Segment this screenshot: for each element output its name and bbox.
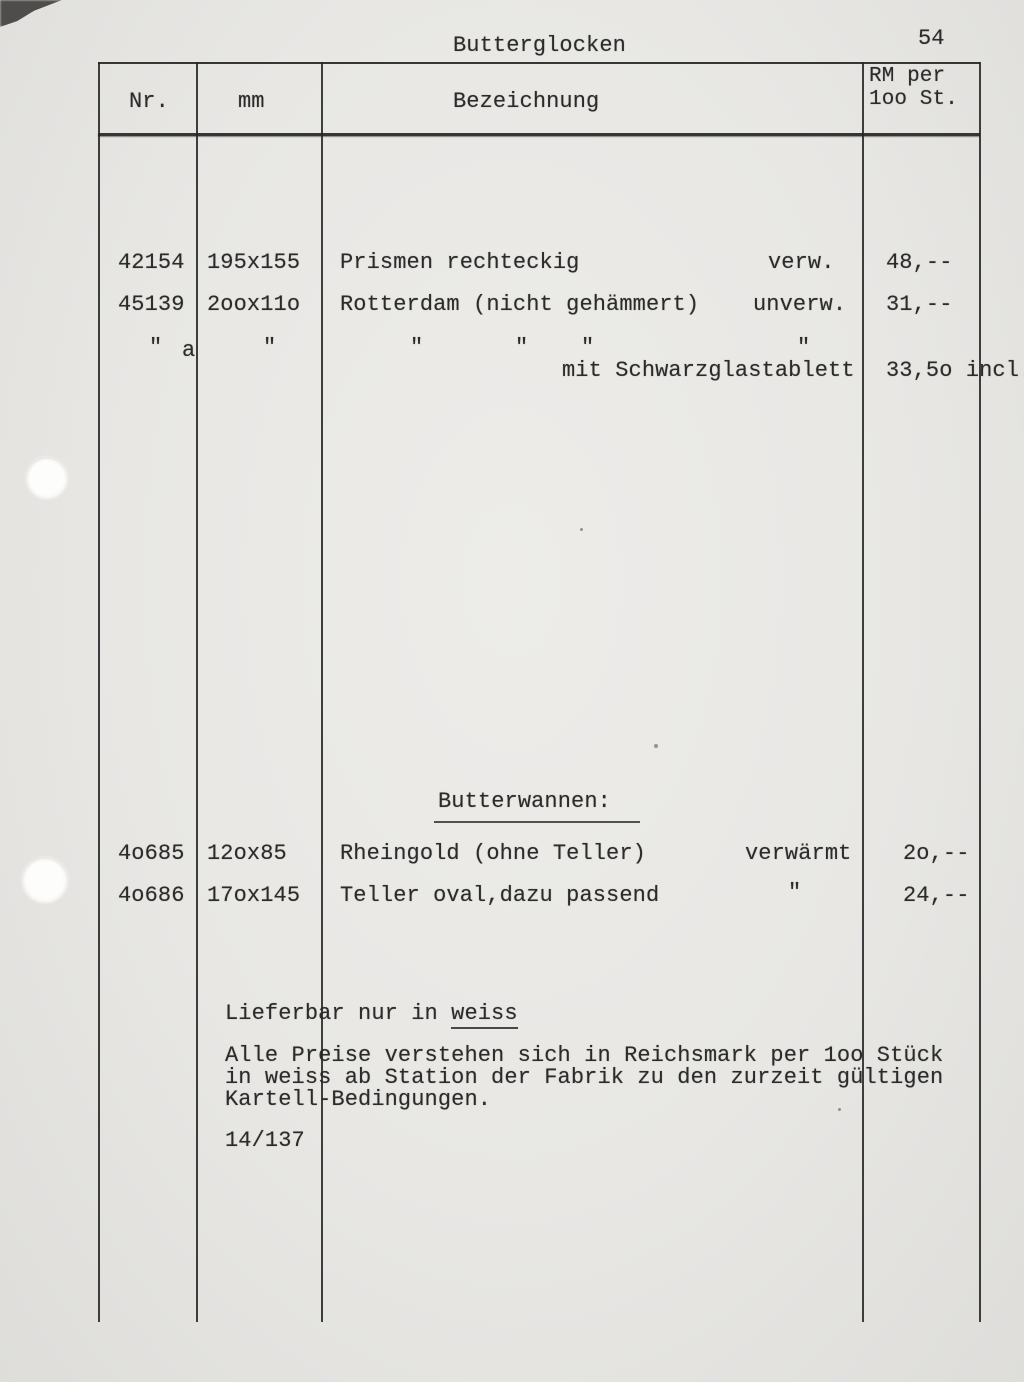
ditto-mark-zustand: " [788,882,801,904]
row-bezeichnung: Teller oval,dazu passend [340,885,659,907]
table-header-border [98,133,980,136]
delivery-note: Lieferbar nur in weiss [225,1003,518,1025]
ditto-mark-mm: " [263,337,276,359]
section-heading: Butterwannen: [438,791,611,813]
ditto-mark-bezeichnung: " [515,337,528,359]
row-zustand: verwärmt [745,843,851,865]
row-zustand: unverw. [753,294,846,316]
variant-preis: 33,5o incl. [886,360,1024,382]
conditions-line: Kartell-Bedingungen. [225,1089,491,1111]
variant-suffix: a [182,340,195,362]
column-header-price-line1: RM per [869,66,945,88]
punch-hole [22,857,68,903]
variant-description: mit Schwarzglastablett [562,360,855,382]
row-nr: 4o686 [118,885,185,907]
ditto-mark-bezeichnung: " [410,337,423,359]
row-zustand: verw. [768,252,835,274]
scan-corner-artifact [0,0,62,27]
paper-speck [580,528,583,531]
row-mm: 195x155 [207,252,300,274]
ditto-mark-bezeichnung: " [581,337,594,359]
section-heading-underline [434,821,640,823]
document-page: 54 Butterglocken Nr. mm Bezeichnung RM p… [0,0,1024,1382]
column-header-nr: Nr. [129,91,169,113]
table-border-right [979,62,981,1322]
column-divider-mm-bezeichnung [321,62,323,1322]
row-preis: 31,-- [886,294,953,316]
page-number: 54 [918,28,945,50]
table-top-border [98,62,980,64]
row-preis: 2o,-- [903,843,970,865]
row-bezeichnung: Rotterdam (nicht gehämmert) [340,294,699,316]
table-border-left [98,62,100,1322]
paper-speck [654,744,658,748]
column-header-bezeichnung: Bezeichnung [453,91,599,113]
row-bezeichnung: Prismen rechteckig [340,252,579,274]
row-nr: 45139 [118,294,185,316]
paper-speck [838,1108,841,1111]
row-mm: 17ox145 [207,885,300,907]
page-title: Butterglocken [453,35,626,57]
ditto-mark-nr: " [149,337,162,359]
row-mm: 2oox11o [207,294,300,316]
column-header-price-line2: 1oo St. [869,89,958,111]
delivery-note-text: Lieferbar nur in [225,1001,451,1026]
column-divider-bezeichnung-preis [862,62,864,1322]
column-divider-nr-mm [196,62,198,1322]
row-bezeichnung: Rheingold (ohne Teller) [340,843,646,865]
conditions-line: in weiss ab Station der Fabrik zu den zu… [225,1067,943,1089]
punch-hole [26,457,68,499]
form-number: 14/137 [225,1130,305,1152]
ditto-mark-zustand: " [797,337,810,359]
row-preis: 24,-- [903,885,970,907]
conditions-line: Alle Preise verstehen sich in Reichsmark… [225,1045,943,1067]
row-nr: 4o685 [118,843,185,865]
delivery-note-emphasis: weiss [451,1001,518,1029]
column-header-mm: mm [238,91,265,113]
row-nr: 42154 [118,252,185,274]
row-mm: 12ox85 [207,843,287,865]
row-preis: 48,-- [886,252,953,274]
